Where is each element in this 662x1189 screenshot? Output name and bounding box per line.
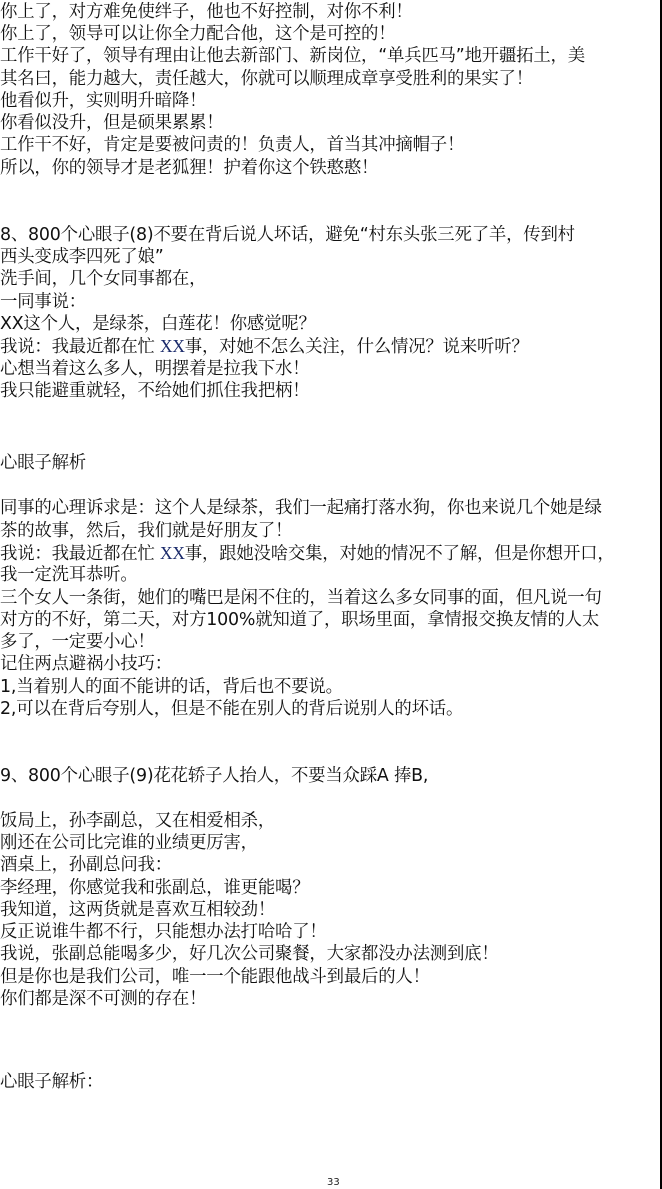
text-line: 8、800个心眼子(8)不要在背后说人坏话，避免“村东头张三死了羊，传到村	[0, 224, 575, 246]
text-line: 我说：我最近都在忙 XX事，对她不怎么关注，什么情况？说来听听？	[0, 335, 529, 358]
text-segment: 事，跟她没啥交集，对她的情况不了解，但是你想开口，	[185, 544, 615, 564]
text-line: 我只能避重就轻，不给她们抓住我把柄！	[0, 380, 309, 402]
text-line: 2,可以在背后夸别人，但是不能在别人的背后说别人的坏话。	[0, 698, 463, 720]
text-line: 心眼子解析	[0, 452, 86, 474]
text-line: 但是你也是我们公司，唯一一个能跟他战斗到最后的人！	[0, 966, 430, 988]
placeholder-xx: XX	[160, 543, 185, 563]
text-line: 我说，张副总能喝多少，好几次公司聚餐，大家都没办法测到底！	[0, 943, 499, 965]
text-line: 刚还在公司比完谁的业绩更厉害，	[0, 832, 258, 854]
text-line: 三个女人一条街，她们的嘴巴是闲不住的，当着这么多女同事的面，但凡说一句	[0, 587, 602, 609]
text-line: 所以，你的领导才是老狐狸！护着你这个铁憨憨！	[0, 157, 378, 179]
text-line: 他看似升，实则明升暗降！	[0, 90, 206, 112]
text-line: 饭局上，孙李副总，又在相爱相杀，	[0, 810, 275, 832]
text-line: 多了，一定要小心！	[0, 631, 155, 653]
text-segment: 我说：我最近都在忙	[0, 544, 160, 564]
placeholder-xx: XX	[160, 336, 185, 356]
text-line: 我说：我最近都在忙 XX事，跟她没啥交集，对她的情况不了解，但是你想开口，	[0, 542, 615, 565]
text-line: 你看似没升，但是硕果累累！	[0, 112, 223, 134]
text-line: 心想当着这么多人，明摆着是拉我下水！	[0, 358, 309, 380]
text-line: 我一定洗耳恭听。	[0, 564, 138, 586]
text-line: 其名曰，能力越大，责任越大，你就可以顺理成章享受胜利的果实了！	[0, 68, 533, 90]
text-line: 一同事说：	[0, 291, 86, 313]
text-line: 酒桌上，孙副总问我：	[0, 854, 172, 876]
text-line: 9、800个心眼子(9)花花轿子人抬人，不要当众踩A 捧B,	[0, 765, 428, 787]
text-line: 同事的心理诉求是：这个人是绿茶，我们一起痛打落水狗，你也来说几个她是绿	[0, 497, 602, 519]
page-number: 33	[327, 1177, 340, 1189]
text-line: 1,当着别人的面不能讲的话，背后也不要说。	[0, 676, 343, 698]
text-line: 你们都是深不可测的存在！	[0, 988, 206, 1010]
text-segment: 事，对她不怎么关注，什么情况？说来听听？	[185, 337, 529, 357]
text-line: 西头变成李四死了娘”	[0, 246, 164, 268]
text-line: XX这个人，是绿茶，白莲花！你感觉呢？	[0, 313, 316, 335]
text-line: 我知道，这两货就是喜欢互相较劲！	[0, 899, 275, 921]
text-segment: 我说：我最近都在忙	[0, 337, 160, 357]
text-line: 工作干不好，肯定是要被问责的！负责人，首当其冲摘帽子！	[0, 134, 464, 156]
text-line: 对方的不好，第二天，对方100%就知道了，职场里面，拿情报交换友情的人太	[0, 609, 599, 631]
text-line: 记住两点避祸小技巧：	[0, 653, 172, 675]
text-line: 你上了，对方难免使绊子，他也不好控制，对你不利！	[0, 1, 413, 23]
text-line: 你上了，领导可以让你全力配合他，这个是可控的！	[0, 23, 395, 45]
document-page: 你上了，对方难免使绊子，他也不好控制，对你不利！你上了，领导可以让你全力配合他，…	[0, 0, 662, 1189]
text-line: 洗手间，几个女同事都在，	[0, 268, 206, 290]
text-line: 反正说谁牛都不行，只能想办法打哈哈了！	[0, 921, 327, 943]
text-line: 李经理，你感觉我和张副总，谁更能喝？	[0, 877, 309, 899]
text-line: 茶的故事，然后，我们就是好朋友了！	[0, 520, 292, 542]
text-line: 心眼子解析：	[0, 1071, 103, 1093]
text-line: 工作干好了，领导有理由让他去新部门、新岗位，“单兵匹马”地开疆拓土，美	[0, 45, 585, 67]
